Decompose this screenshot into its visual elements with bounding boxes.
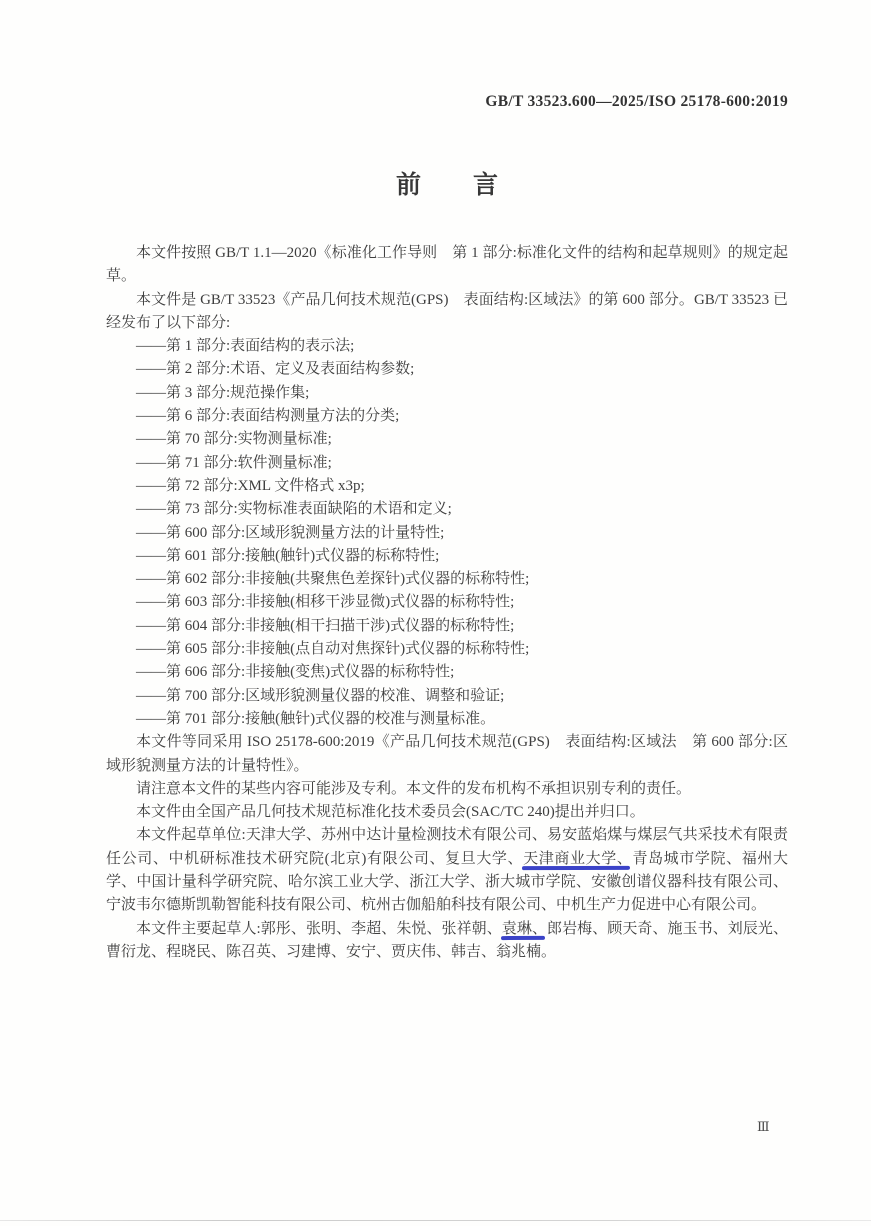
paragraph-series-intro: 本文件是 GB/T 33523《产品几何技术规范(GPS) 表面结构:区域法》的… xyxy=(106,289,788,336)
parts-list-item: ——第 2 部分:术语、定义及表面结构参数; xyxy=(106,358,788,381)
page-number: Ⅲ xyxy=(757,1119,770,1135)
paragraph-iso-adoption: 本文件等同采用 ISO 25178-600:2019《产品几何技术规范(GPS)… xyxy=(106,731,788,778)
parts-list: ——第 1 部分:表面结构的表示法; ——第 2 部分:术语、定义及表面结构参数… xyxy=(106,335,788,731)
paragraph-drafting-units: 本文件起草单位:天津大学、苏州中达计量检测技术有限公司、易安蓝焰煤与煤层气共采技… xyxy=(106,824,788,917)
parts-list-item: ——第 604 部分:非接触(相干扫描干涉)式仪器的标称特性; xyxy=(106,615,788,638)
parts-list-item: ——第 72 部分:XML 文件格式 x3p; xyxy=(106,475,788,498)
paragraph-main-drafters: 本文件主要起草人:郭彤、张明、李超、朱悦、张祥朝、袁琳、郎岩梅、顾天奇、施玉书、… xyxy=(106,918,788,965)
document-page: GB/T 33523.600—2025/ISO 25178-600:2019 前… xyxy=(0,0,871,1226)
paragraph-committee: 本文件由全国产品几何技术规范标准化技术委员会(SAC/TC 240)提出并归口。 xyxy=(106,801,788,824)
paragraph-drafting-basis: 本文件按照 GB/T 1.1—2020《标准化工作导则 第 1 部分:标准化文件… xyxy=(106,242,788,289)
parts-list-item: ——第 73 部分:实物标准表面缺陷的术语和定义; xyxy=(106,498,788,521)
parts-list-item: ——第 601 部分:接触(触针)式仪器的标称特性; xyxy=(106,545,788,568)
parts-list-item: ——第 70 部分:实物测量标准; xyxy=(106,428,788,451)
parts-list-item: ——第 1 部分:表面结构的表示法; xyxy=(106,335,788,358)
parts-list-item: ——第 3 部分:规范操作集; xyxy=(106,382,788,405)
parts-list-item: ——第 71 部分:软件测量标准; xyxy=(106,452,788,475)
paragraph-text-segment: 本文件主要起草人:郭彤、张明、李超、朱悦、张祥朝、 xyxy=(136,921,502,937)
parts-list-item: ——第 606 部分:非接触(变焦)式仪器的标称特性; xyxy=(106,661,788,684)
page-title: 前言 xyxy=(106,165,788,201)
parts-list-item: ——第 600 部分:区域形貌测量方法的计量特性; xyxy=(106,522,788,545)
parts-list-item: ——第 602 部分:非接触(共聚焦色差探针)式仪器的标称特性; xyxy=(106,568,788,591)
parts-list-item: ——第 700 部分:区域形貌测量仪器的校准、调整和验证; xyxy=(106,685,788,708)
paragraph-patent-notice: 请注意本文件的某些内容可能涉及专利。本文件的发布机构不承担识别专利的责任。 xyxy=(106,778,788,801)
parts-list-item: ——第 6 部分:表面结构测量方法的分类; xyxy=(106,405,788,428)
scan-edge-line xyxy=(0,1220,871,1221)
parts-list-item: ——第 603 部分:非接触(相移干涉显微)式仪器的标称特性; xyxy=(106,591,788,614)
parts-list-item: ——第 701 部分:接触(触针)式仪器的校准与测量标准。 xyxy=(106,708,788,731)
foreword-content: 本文件按照 GB/T 1.1—2020《标准化工作导则 第 1 部分:标准化文件… xyxy=(106,242,788,964)
annotation-underlined-text: 袁琳 xyxy=(502,921,532,937)
standard-code-header: GB/T 33523.600—2025/ISO 25178-600:2019 xyxy=(485,93,788,111)
annotation-underlined-text: 天津商业大学 xyxy=(523,851,617,867)
parts-list-item: ——第 605 部分:非接触(点自动对焦探针)式仪器的标称特性; xyxy=(106,638,788,661)
